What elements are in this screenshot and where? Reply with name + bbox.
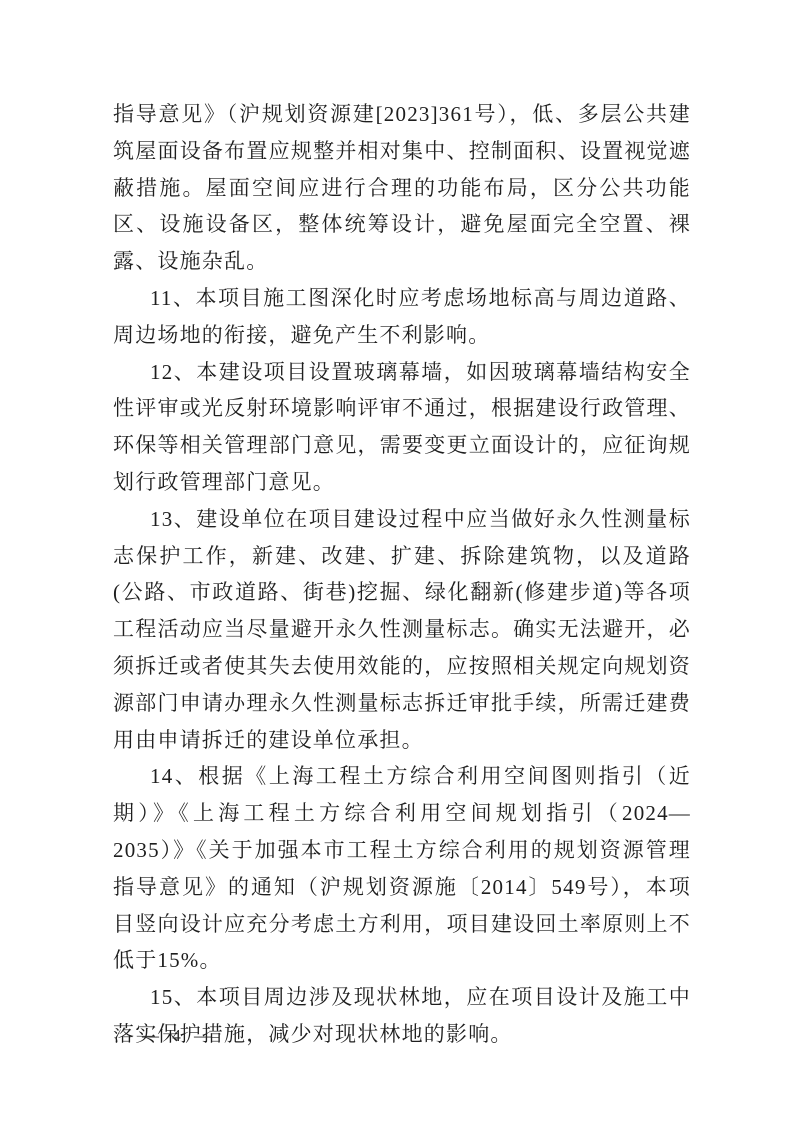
document-body: 指导意见》（沪规划资源建[2023]361号），低、多层公共建筑屋面设备布置应规… <box>113 96 691 1053</box>
page-number: — 4 — <box>142 1026 213 1046</box>
paragraph-item-14: 14、根据《上海工程土方综合利用空间图则指引（近期）》《上海工程土方综合利用空间… <box>113 758 691 979</box>
paragraph-continuation: 指导意见》（沪规划资源建[2023]361号），低、多层公共建筑屋面设备布置应规… <box>113 96 691 280</box>
document-page: 指导意见》（沪规划资源建[2023]361号），低、多层公共建筑屋面设备布置应规… <box>0 0 794 1123</box>
paragraph-item-13: 13、建设单位在项目建设过程中应当做好永久性测量标志保护工作，新建、改建、扩建、… <box>113 501 691 759</box>
paragraph-item-11: 11、本项目施工图深化时应考虑场地标高与周边道路、周边场地的衔接，避免产生不利影… <box>113 280 691 354</box>
paragraph-item-12: 12、本建设项目设置玻璃幕墙，如因玻璃幕墙结构安全性评审或光反射环境影响评审不通… <box>113 354 691 501</box>
